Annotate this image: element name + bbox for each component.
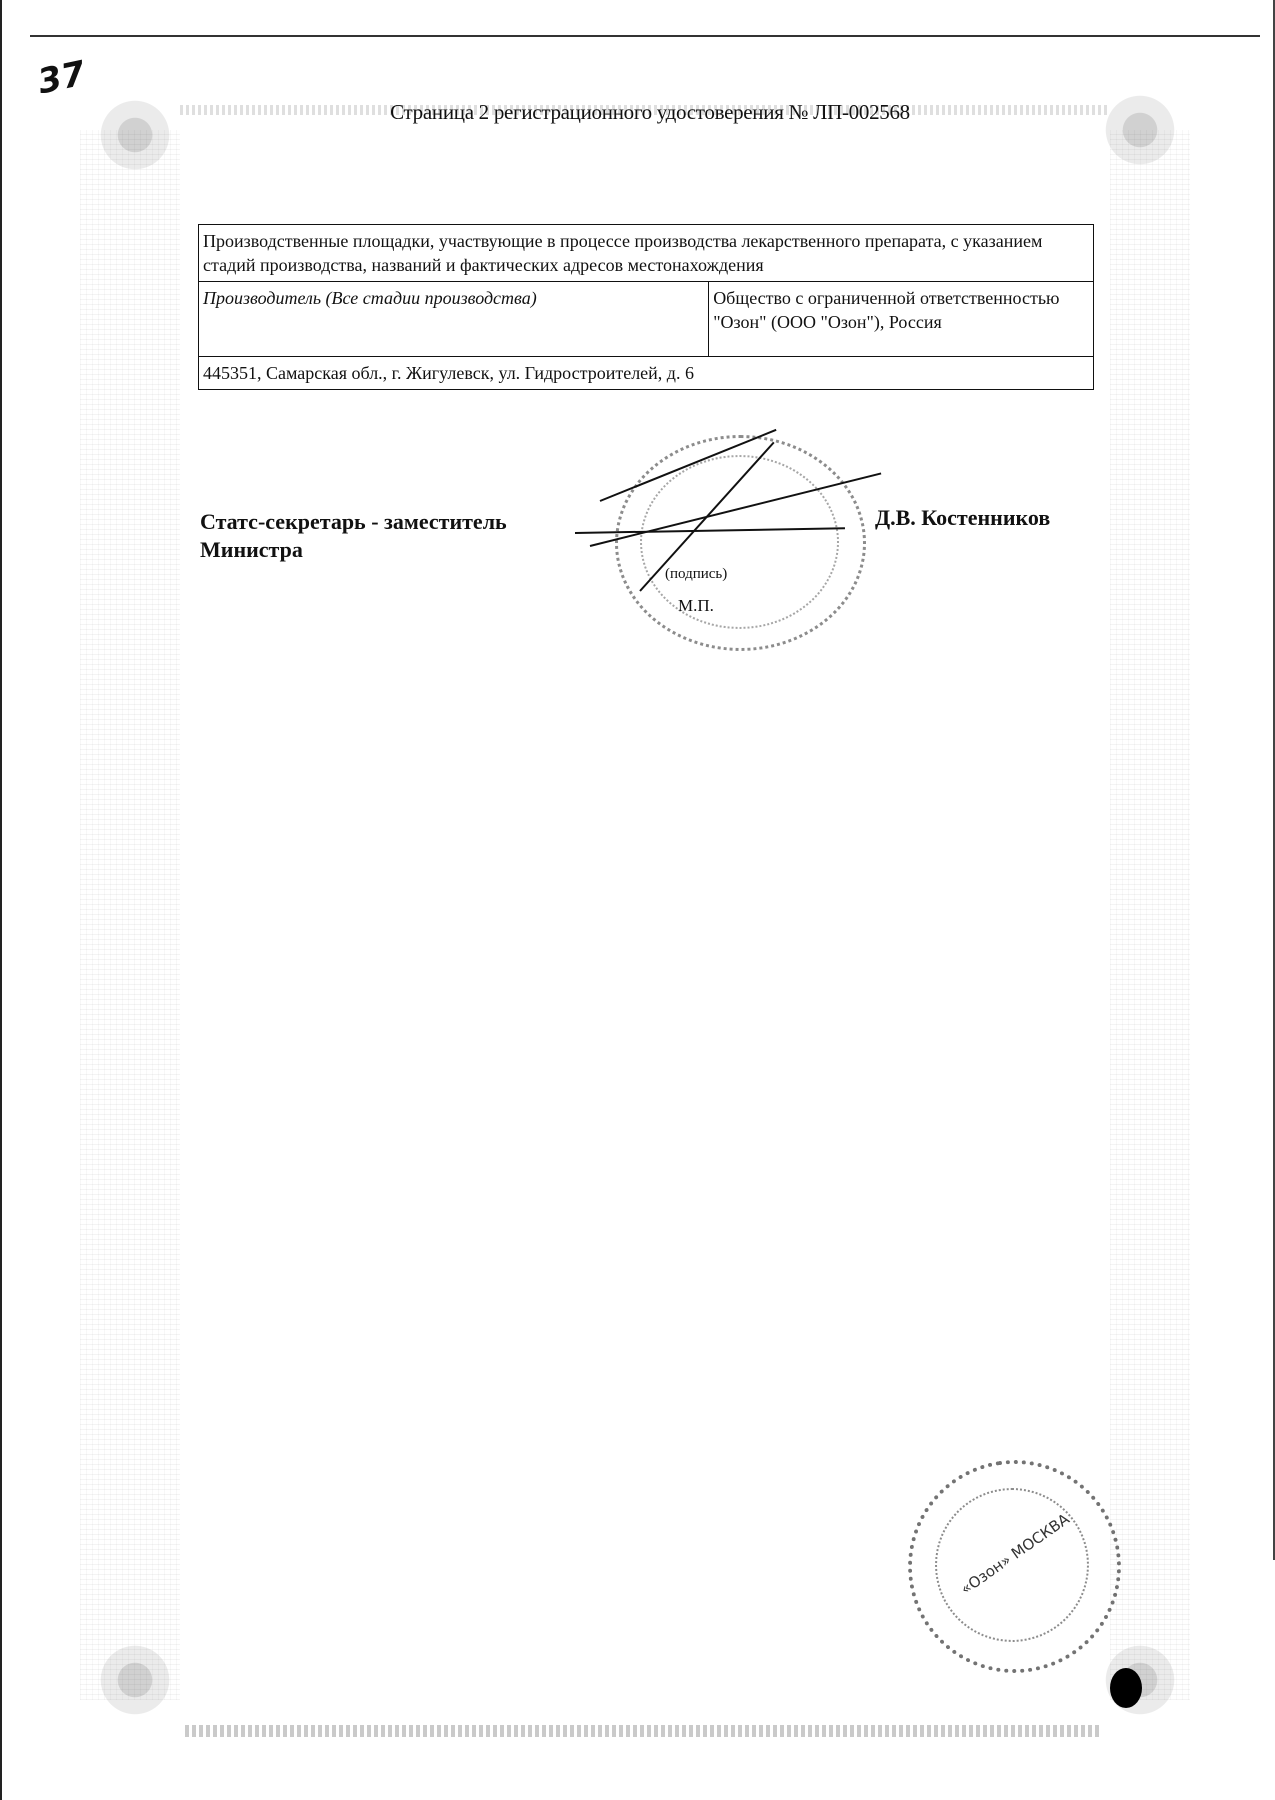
signer-name: Д.В. Костенников — [875, 505, 1050, 531]
handwritten-page-number: 37 — [34, 54, 89, 103]
manufacturer-company: Общество с ограниченной ответственностью… — [709, 282, 1094, 357]
table-row: Производитель (Все стадии производства) … — [199, 282, 1094, 357]
ornamental-border-left — [80, 130, 180, 1700]
hole-punch-mark — [1110, 1668, 1142, 1708]
rosette-ornament-top-left — [95, 95, 175, 175]
table-heading-row: Производственные площадки, участвующие в… — [199, 225, 1094, 282]
position-line-2: Министра — [200, 536, 507, 564]
page-header: Страница 2 регистрационного удостоверени… — [300, 100, 1000, 125]
ornamental-border-bottom — [185, 1725, 1100, 1737]
ornamental-border-right — [1110, 130, 1190, 1700]
seal-label: М.П. — [678, 596, 714, 616]
table-heading: Производственные площадки, участвующие в… — [199, 225, 1094, 282]
production-sites-table: Производственные площадки, участвующие в… — [198, 224, 1094, 390]
rosette-ornament-top-right — [1100, 90, 1180, 170]
signatory-position: Статс-секретарь - заместитель Министра — [200, 508, 507, 564]
position-line-1: Статс-секретарь - заместитель — [200, 508, 507, 536]
scan-top-line — [30, 35, 1260, 37]
manufacturer-address: 445351, Самарская обл., г. Жигулевск, ул… — [199, 357, 1094, 390]
scan-edge-left — [0, 0, 2, 1800]
signature-label: (подпись) — [665, 566, 727, 583]
rosette-ornament-bottom-left — [95, 1640, 175, 1720]
table-address-row: 445351, Самарская обл., г. Жигулевск, ул… — [199, 357, 1094, 390]
manufacturer-role: Производитель (Все стадии производства) — [199, 282, 709, 357]
